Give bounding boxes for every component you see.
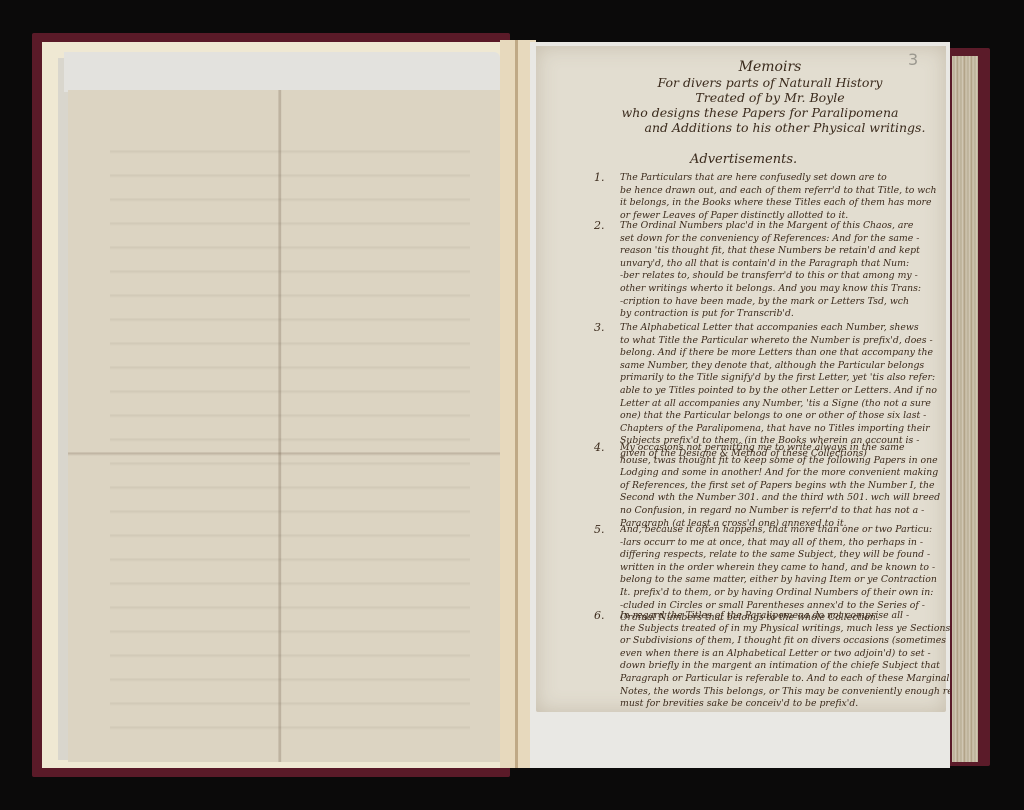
- text-line: Chapters of the Paralipomena, that have …: [620, 423, 950, 436]
- text-line: one) that the Particular belongs to one …: [620, 410, 950, 423]
- text-line: set down for the conveniency of Referenc…: [620, 233, 950, 246]
- show-through-text: [110, 130, 470, 750]
- title-line: Treated of by Mr. Boyle: [600, 90, 940, 105]
- text-line: written in the order wherein they came t…: [620, 562, 950, 575]
- manuscript-paragraph: 2.The Ordinal Numbers plac'd in the Marg…: [620, 220, 950, 321]
- text-line: it belongs, in the Books where these Tit…: [620, 197, 950, 210]
- gutter-shadow: [515, 40, 518, 768]
- title-line: who designs these Papers for Paralipomen…: [580, 105, 940, 120]
- manuscript-title: Memoirs For divers parts of Naturall His…: [600, 60, 940, 135]
- title-line: and Additions to his other Physical writ…: [630, 120, 940, 135]
- text-line: Letter at all accompanies any Number, 't…: [620, 398, 950, 411]
- text-line: must for brevities sake be conceiv'd to …: [620, 698, 950, 711]
- text-line: belong to the same matter, either by hav…: [620, 574, 950, 587]
- manuscript-paragraph: 1.The Particulars that are here confused…: [620, 172, 950, 222]
- text-line: belong. And if there be more Letters tha…: [620, 347, 950, 360]
- text-line: primarily to the Title signify'd by the …: [620, 372, 950, 385]
- text-line: -lars occurr to me at once, that may all…: [620, 537, 950, 550]
- page-edges: [952, 56, 978, 762]
- text-line: reason 'tis thought fit, that these Numb…: [620, 245, 950, 258]
- paragraph-number: 6.: [594, 610, 605, 623]
- text-line: The Ordinal Numbers plac'd in the Margen…: [620, 220, 950, 233]
- text-line: And, because it often happens, that more…: [620, 524, 950, 537]
- manuscript-paragraph: 6.In regard the Titles of the Paralipome…: [620, 610, 950, 711]
- text-line: house, twas thought fit to keep some of …: [620, 455, 950, 468]
- text-line: In regard the Titles of the Paralipomena…: [620, 610, 950, 623]
- text-line: Lodging and some in another! And for the…: [620, 467, 950, 480]
- text-line: differing respects, relate to the same S…: [620, 549, 950, 562]
- section-heading: Advertisements.: [690, 152, 797, 167]
- title-line: Memoirs: [600, 60, 940, 75]
- text-line: be hence drawn out, and each of them ref…: [620, 185, 950, 198]
- text-line: able to ye Titles pointed to by the othe…: [620, 385, 950, 398]
- manuscript-paragraph: 4.My occasions not permitting me to writ…: [620, 442, 950, 530]
- text-line: no Confusion, in regard no Number is ref…: [620, 505, 950, 518]
- text-line: My occasions not permitting me to write …: [620, 442, 950, 455]
- text-line: The Particulars that are here confusedly…: [620, 172, 950, 185]
- paragraph-number: 2.: [594, 220, 605, 233]
- paragraph-number: 4.: [594, 442, 605, 455]
- text-line: down briefly in the margent an intimatio…: [620, 660, 950, 673]
- text-line: Second wth the Number 301. and the third…: [620, 492, 950, 505]
- text-line: other writings wherto it belongs. And yo…: [620, 283, 950, 296]
- text-line: It. prefix'd to them, or by having Ordin…: [620, 587, 950, 600]
- text-line: to what Title the Particular whereto the…: [620, 335, 950, 348]
- text-line: -cription to have been made, by the mark…: [620, 296, 950, 309]
- text-line: unvary'd, tho all that is contain'd in t…: [620, 258, 950, 271]
- text-line: Notes, the words This belongs, or This m…: [620, 686, 950, 699]
- paragraph-number: 3.: [594, 322, 605, 335]
- text-line: by contraction is put for Transcrib'd.: [620, 308, 950, 321]
- paragraph-number: 5.: [594, 524, 605, 537]
- text-line: even when there is an Alphabetical Lette…: [620, 648, 950, 661]
- text-line: of References, the first set of Papers b…: [620, 480, 950, 493]
- text-line: -ber relates to, should be transferr'd t…: [620, 270, 950, 283]
- text-line: Paragraph or Particular is referable to.…: [620, 673, 950, 686]
- paragraph-number: 1.: [594, 172, 605, 185]
- text-line: or Subdivisions of them, I thought fit o…: [620, 635, 950, 648]
- guard-strip: [64, 52, 500, 92]
- text-line: same Number, they denote that, although …: [620, 360, 950, 373]
- text-line: the Subjects treated of in my Physical w…: [620, 623, 950, 636]
- text-line: The Alphabetical Letter that accompanies…: [620, 322, 950, 335]
- manuscript-paragraph: 3.The Alphabetical Letter that accompani…: [620, 322, 950, 461]
- title-line: For divers parts of Naturall History: [600, 75, 940, 90]
